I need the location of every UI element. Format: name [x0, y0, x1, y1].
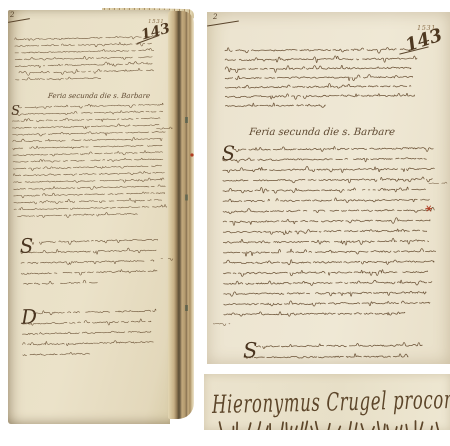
book-page: [8, 10, 170, 424]
book-photo: 2 1531 143 Feria secunda die s. Barbare …: [8, 8, 194, 426]
corner-mark: 2: [10, 11, 14, 19]
handwriting-layer: SS: [207, 12, 450, 364]
corner-mark-flourish: [207, 21, 239, 27]
section-heading: Feria secunda die s. Barbare: [246, 127, 397, 138]
detail-strip: Hieronymus Crugel proconsul: [204, 374, 450, 430]
fore-edge: [168, 11, 194, 419]
partial-line-stubs: [216, 420, 441, 430]
svg-text:S: S: [222, 142, 236, 165]
svg-text:S: S: [243, 338, 257, 362]
detail-text: Hieronymus Crugel proconsul: [212, 384, 450, 419]
photo-composite: 2 1531 143 Feria secunda die s. Barbare …: [0, 0, 450, 446]
corner-mark: 2: [213, 13, 217, 21]
section-heading: Feria secunda die s. Barbare: [28, 92, 171, 100]
page-photo: 2 1531 143 Feria secunda die s. Barbare …: [207, 12, 450, 364]
